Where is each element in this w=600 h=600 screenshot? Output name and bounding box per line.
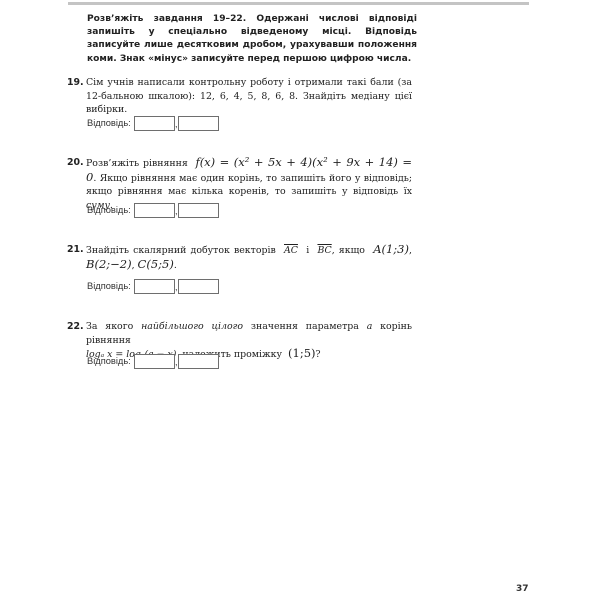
task-text-part: За якого [86, 321, 133, 332]
point-c: C(5;5) [138, 257, 174, 271]
answer-fraction-box[interactable] [178, 116, 219, 131]
instructions: Розв’яжіть завдання 19–22. Одержані числ… [87, 13, 417, 66]
task-text-part: . Якщо рівняння має один корінь, то запи… [86, 173, 412, 198]
task-number: 22. [67, 320, 84, 334]
page-number: 37 [516, 584, 529, 594]
task-text-part: Знайдіть скалярний добуток векторів [86, 245, 276, 256]
answer-row-19: Відповідь: , [87, 115, 219, 131]
task-text-part: значення параметра [251, 321, 359, 332]
answer-integer-box[interactable] [134, 203, 175, 218]
answer-label: Відповідь: [87, 205, 131, 215]
answer-integer-box[interactable] [134, 354, 175, 369]
task-19: 19. Сім учнів написали контрольну роботу… [67, 76, 412, 117]
interval: (1;5) [288, 346, 315, 360]
task-text-part: , якщо [332, 245, 365, 256]
answer-row-20: Відповідь: , [87, 202, 219, 218]
answer-fraction-box[interactable] [178, 354, 219, 369]
top-divider [68, 2, 529, 5]
emphasis: найбільшого цілого [141, 321, 243, 332]
point-b: B(2;−2) [86, 257, 132, 271]
task-number: 19. [67, 76, 84, 90]
answer-label: Відповідь: [87, 281, 131, 291]
answer-row-21: Відповідь: , [87, 278, 219, 294]
answer-label: Відповідь: [87, 356, 131, 366]
vector-bc: BC [317, 245, 331, 256]
task-21: 21. Знайдіть скалярний добуток векторів … [67, 243, 412, 272]
point-a: A(1;3) [373, 242, 409, 256]
task-text-part: ? [316, 349, 321, 360]
answer-fraction-box[interactable] [178, 279, 219, 294]
answer-row-22: Відповідь: , [87, 353, 219, 369]
task-text-part: Розв’яжіть рівняння [86, 158, 188, 169]
task-number: 20. [67, 156, 84, 170]
vector-ac: AC [284, 245, 298, 256]
task-text: Знайдіть скалярний добуток векторів AC і… [86, 243, 412, 272]
answer-fraction-box[interactable] [178, 203, 219, 218]
task-text-part: і [306, 245, 309, 256]
task-text: Сім учнів написали контрольну роботу і о… [86, 76, 412, 117]
parameter: a [367, 321, 373, 332]
task-number: 21. [67, 243, 84, 257]
answer-label: Відповідь: [87, 118, 131, 128]
answer-integer-box[interactable] [134, 116, 175, 131]
task-text-part: корінь рівняння [86, 321, 412, 346]
answer-integer-box[interactable] [134, 279, 175, 294]
